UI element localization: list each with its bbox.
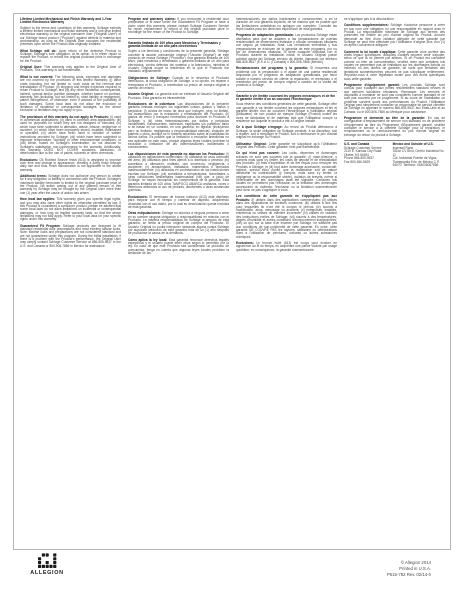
paragraph-text: The following costs, expenses and damage…	[20, 75, 121, 112]
paragraph-text: Schlage no autoriza a ninguna persona a …	[128, 211, 229, 235]
divider-en-es	[128, 38, 229, 39]
en-additional-terms: Additional terms: Schlage does not autho…	[20, 175, 121, 195]
contact-table: U.S. and CanadaSchlage Customer Service2…	[344, 140, 445, 168]
paragraph-text: Sujeto a los términos y condiciones de l…	[128, 49, 229, 73]
fr-conditions-ne-sappliquent-pas: Les conditions de cette garantie ne s'ap…	[236, 195, 337, 238]
divider-es-fr	[236, 91, 337, 92]
fr-exclusions: Exclusions: Le bronze huilé (613) est co…	[236, 242, 337, 252]
contact-table-line: 54070. Teléfono: 018005067866	[393, 164, 445, 168]
paragraph-text: Las disposiciones de la presente garantí…	[128, 102, 229, 149]
paragraph-text: Si encuentra una problema con la prepara…	[236, 66, 337, 87]
contact-table-line: Fax 800-366-5625	[344, 161, 390, 165]
en-guaranteed-fit-program: Guaranteed Fit Program: Schlage products…	[20, 225, 121, 248]
es-disposiciones-no-abarcan: Las disposiciones de esta garantía no ab…	[128, 153, 229, 193]
paragraph-text: Esta garantía reconoce derechos legales …	[128, 238, 229, 255]
en-title: Lifetime Limited Mechanical and Finish W…	[20, 18, 121, 25]
fr-conditions-supplementaires: Conditions supplémentaires: Schlage n'au…	[344, 24, 445, 47]
es-obligaciones-de-schlage: Obligaciones de Schlage: Cuando se le de…	[128, 77, 229, 90]
es-como-aplica-ley-local-cont: indemnizaciones por daños incidentales o…	[236, 18, 337, 31]
en-exclusions: Exclusions: Oil Rubbed Bronze finish (61…	[20, 159, 121, 172]
paragraph-text: Les produits Schlage sont conçus pour s'…	[344, 83, 445, 114]
es-exclusiones: Exclusiones: El terminado de bronce lust…	[128, 196, 229, 209]
fr-exclusions-cont: ne s'applique pas à la décoloration.	[344, 18, 445, 21]
paragraph-text: ne s'applique pas à la décoloration.	[344, 17, 394, 21]
fr-comment-loi-locale: Comment la loi locale s'applique: Cette …	[344, 51, 445, 81]
en-original-user: Original User: This warranty only applie…	[20, 66, 121, 73]
contact-table-column: U.S. and CanadaSchlage Customer Service2…	[344, 143, 390, 168]
paragraph-text: This warranty gives you specific legal r…	[20, 197, 121, 221]
allegion-logo: ALLEGION	[24, 553, 70, 576]
paragraph-text: (i) utilisés dans des applications comme…	[236, 198, 337, 239]
es-intro: Sujeto a los términos y condiciones de l…	[128, 50, 229, 73]
paragraph-text: Les coûts, dépenses et dommages suivants…	[236, 151, 337, 192]
paragraph-text: Schlage does not authorize any person to…	[20, 174, 121, 195]
paragraph-text: indemnizaciones por daños incidentales o…	[236, 17, 337, 31]
text-column-4: ne s'applique pas à la décoloration.Cond…	[344, 18, 445, 258]
fr-programme-demande-garantie: Programme et demande au titre de la gara…	[344, 117, 445, 137]
fr-utilisateur-original: Utilisateur Original: Cette garantie ne …	[236, 143, 337, 150]
fr-title: Garantie à vie limitée couvrant les orga…	[236, 95, 337, 102]
es-title: Garantía limitada de 100 años para Mecán…	[128, 42, 229, 49]
es-exclusiones-cobertura: Exclusiones de la cobertura: Las disposi…	[128, 103, 229, 150]
print-info: © Allegion 2014 Printed in U.S.A. P515-7…	[387, 560, 431, 577]
paragraph-text: En cas de configuration d'emplacement de…	[344, 116, 445, 137]
es-usuario-original: Usuario Original: La garantía sólo se ex…	[128, 93, 229, 100]
contact-table-column: Mexico and Outside of U.S.Ingersoll Rand…	[393, 143, 445, 168]
en-what-is-not-covered: What is not covered: The following costs…	[20, 76, 121, 113]
en-how-local-law-applies: How local law applies: This warranty giv…	[20, 198, 121, 221]
en-intro: Subject to the terms and conditions of t…	[20, 27, 121, 47]
es-programa-adaptacion: Programa de adaptación garantizada: Los …	[236, 34, 337, 64]
paragraph-text: Los productos Schlage están diseñados pa…	[236, 33, 337, 64]
es-como-aplica-ley-local: Cómo aplica la ley local: Esta garantía …	[128, 239, 229, 256]
fr-ce-a-quoi-schlage-sengage: Ce à quoi Schlage s'engage: Au renvoi du…	[236, 126, 337, 139]
paragraph-text: Sous réserve des conditions générales de…	[236, 102, 337, 123]
fr-programme-equipement-garanti: Programme d'équipement garanti: Les prod…	[344, 84, 445, 114]
fr-intro: Sous réserve des conditions générales de…	[236, 103, 337, 123]
es-otras-estipulaciones: Otras estipulaciones: Schlage no autoriz…	[128, 212, 229, 235]
text-column-3: indemnizaciones por daños incidentales o…	[236, 18, 337, 258]
paragraph-text: Schlage products are designed to fit sta…	[20, 224, 121, 248]
warranty-text-columns: Lifetime Limited Mechanical and Finish W…	[20, 18, 444, 258]
section-title-text: Garantie à vie limitée couvrant les orga…	[236, 94, 335, 101]
allegion-logo-icon	[38, 553, 57, 569]
paragraph-text: Cette garantie vous confère des droits l…	[344, 50, 445, 81]
text-column-1: Lifetime Limited Mechanical and Finish W…	[20, 18, 121, 258]
paragraph-text: (i) used in commercial applications; (ii…	[20, 115, 121, 156]
paragraph-text: Subject to the terms and conditions of t…	[20, 26, 121, 47]
en-provisions-do-not-apply: The provisions of this warranty do not a…	[20, 116, 121, 156]
en-what-schlage-will-do: What Schlage will do: Upon return of the…	[20, 50, 121, 63]
paragraph-text: If you encounter a residential door prep…	[128, 17, 229, 34]
paragraph-text: Schlage n'autorise personne à créer en s…	[344, 23, 445, 47]
allegion-logo-text: ALLEGION	[24, 570, 70, 576]
es-reclamaciones: Reclamaciones del programa y la garantía…	[236, 67, 337, 87]
text-column-2: Program and warranty claims: If you enco…	[128, 18, 229, 258]
part-number-text: P515-782 Rev. 02/14-h	[387, 572, 431, 578]
fr-ce-qui-nest-pas-couvert: Ce qui n'est pas couvert: Les coûts, dép…	[236, 152, 337, 192]
en-program-warranty-claims: Program and warranty claims: If you enco…	[128, 18, 229, 35]
section-title-text: Garantía limitada de 100 años para Mecán…	[128, 41, 221, 48]
paragraph-text: (i) utilizados en aplicaciones comercial…	[128, 152, 229, 193]
section-title-text: Lifetime Limited Mechanical and Finish W…	[20, 17, 112, 24]
warranty-document-page: Lifetime Limited Mechanical and Finish W…	[13, 13, 451, 550]
